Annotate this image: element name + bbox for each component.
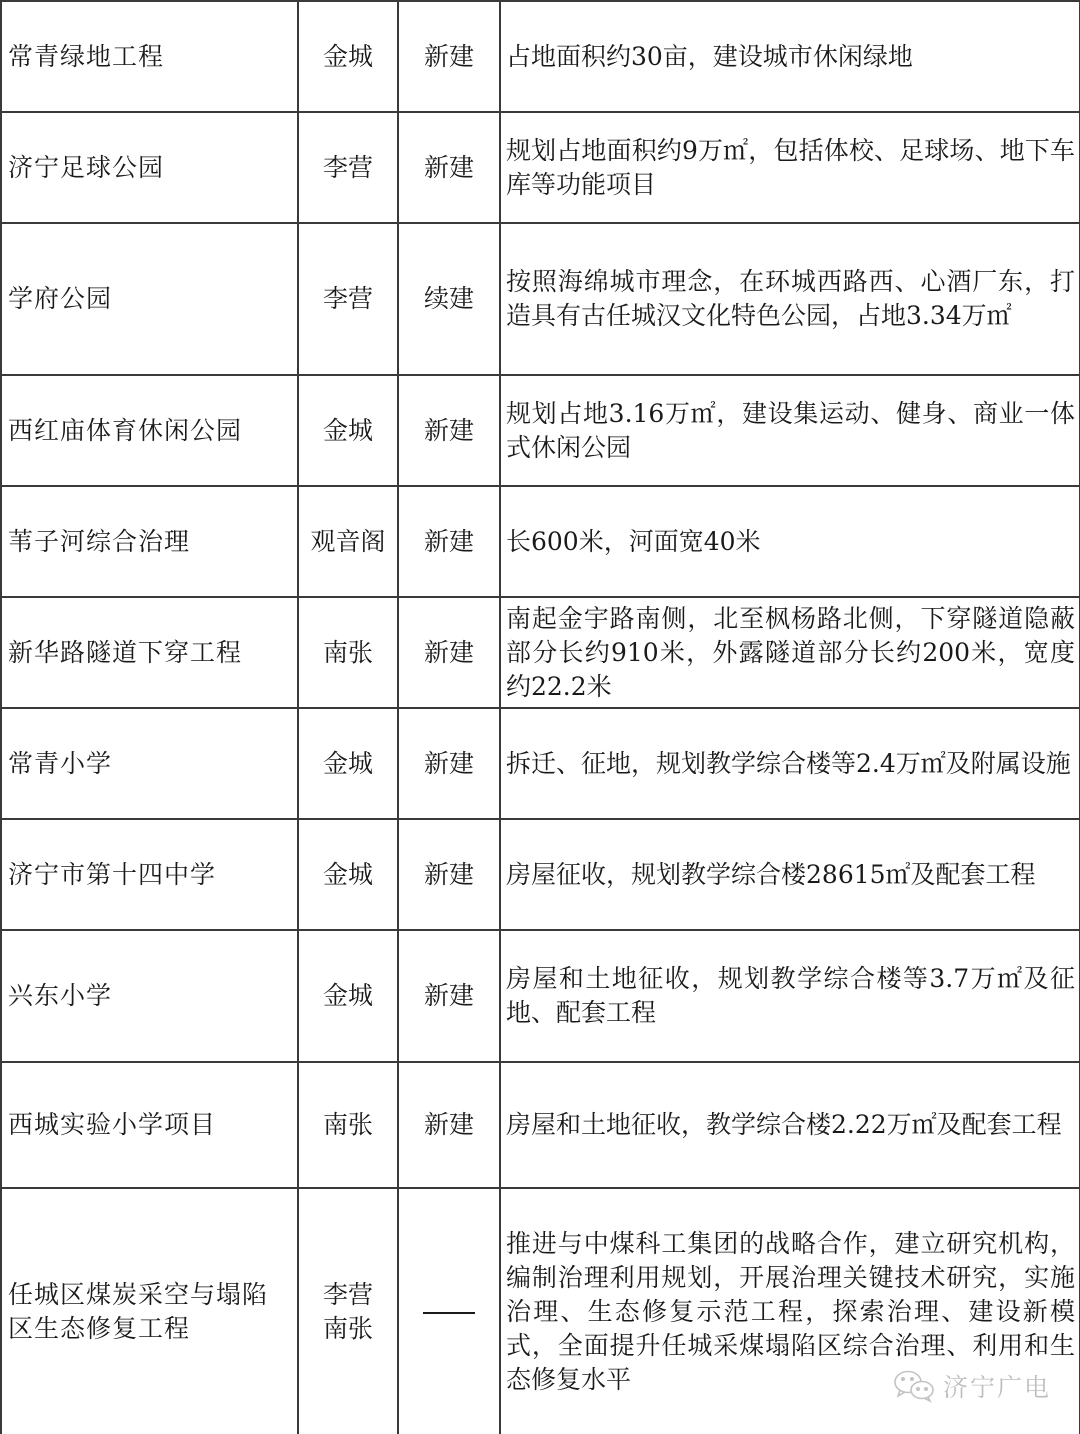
- district-list: 金城: [299, 747, 397, 781]
- dash-placeholder: [423, 1312, 475, 1314]
- district-list: 金城: [299, 858, 397, 892]
- project-name-cell: 任城区煤炭采空与塌陷区生态修复工程: [1, 1188, 298, 1434]
- description: 南起金宇路南侧，北至枫杨路北侧，下穿隧道隐蔽部分长约910米，外露隧道部分长约2…: [506, 604, 1075, 701]
- construction-type-cell: 新建: [398, 1062, 500, 1188]
- construction-type: 新建: [424, 1110, 474, 1139]
- construction-type-cell: 新建: [398, 375, 500, 486]
- description: 按照海绵城市理念，在环城西路西、心酒厂东，打造具有古任城汉文化特色公园，占地3.…: [506, 267, 1075, 330]
- description: 房屋和土地征收，规划教学综合楼等3.7万㎡及征地、配套工程: [506, 964, 1075, 1027]
- project-name: 任城区煤炭采空与塌陷区生态修复工程: [8, 1280, 268, 1343]
- construction-type-cell: 新建: [398, 708, 500, 819]
- district-list: 李营: [299, 151, 397, 185]
- district-list: 李营南张: [299, 1278, 397, 1346]
- district-cell: 李营: [298, 112, 398, 223]
- district-cell: 李营: [298, 223, 398, 375]
- table-row: 新华路隧道下穿工程 南张 新建 南起金宇路南侧，北至枫杨路北侧，下穿隧道隐蔽部分…: [1, 597, 1080, 708]
- district-cell: 金城: [298, 1, 398, 112]
- construction-type-cell: 新建: [398, 112, 500, 223]
- district-name: 金城: [299, 747, 397, 781]
- construction-type: 新建: [424, 749, 474, 778]
- construction-type: 新建: [424, 860, 474, 889]
- description: 房屋征收，规划教学综合楼28615㎡及配套工程: [506, 860, 1036, 889]
- district-name: 南张: [299, 636, 397, 670]
- description-cell: 占地面积约30亩，建设城市休闲绿地: [500, 1, 1080, 112]
- district-list: 金城: [299, 414, 397, 448]
- description: 长600米，河面宽40米: [506, 527, 761, 556]
- projects-table-body: 常青绿地工程 金城 新建 占地面积约30亩，建设城市休闲绿地 济宁足球公园 李营…: [1, 1, 1080, 1434]
- project-name-cell: 常青绿地工程: [1, 1, 298, 112]
- district-list: 南张: [299, 636, 397, 670]
- district-name: 李营: [299, 282, 397, 316]
- district-name: 南张: [299, 1312, 397, 1346]
- description-cell: 房屋征收，规划教学综合楼28615㎡及配套工程: [500, 819, 1080, 930]
- table-row: 学府公园 李营 续建 按照海绵城市理念，在环城西路西、心酒厂东，打造具有古任城汉…: [1, 223, 1080, 375]
- table-row: 常青绿地工程 金城 新建 占地面积约30亩，建设城市休闲绿地: [1, 1, 1080, 112]
- project-name: 新华路隧道下穿工程: [8, 638, 242, 667]
- description-cell: 房屋和土地征收，教学综合楼2.22万㎡及配套工程: [500, 1062, 1080, 1188]
- construction-type: 新建: [424, 527, 474, 556]
- project-name: 学府公园: [8, 284, 112, 313]
- description: 占地面积约30亩，建设城市休闲绿地: [506, 42, 913, 71]
- description: 规划占地3.16万㎡，建设集运动、健身、商业一体式休闲公园: [506, 399, 1075, 462]
- table-row: 济宁市第十四中学 金城 新建 房屋征收，规划教学综合楼28615㎡及配套工程: [1, 819, 1080, 930]
- construction-type-cell: 续建: [398, 223, 500, 375]
- construction-type: 新建: [424, 42, 474, 71]
- construction-type-cell: [398, 1188, 500, 1434]
- district-cell: 金城: [298, 930, 398, 1062]
- district-list: 金城: [299, 40, 397, 74]
- project-name: 济宁市第十四中学: [8, 860, 216, 889]
- project-name-cell: 西红庙体育休闲公园: [1, 375, 298, 486]
- district-cell: 金城: [298, 708, 398, 819]
- table-row: 兴东小学 金城 新建 房屋和土地征收，规划教学综合楼等3.7万㎡及征地、配套工程: [1, 930, 1080, 1062]
- description-cell: 按照海绵城市理念，在环城西路西、心酒厂东，打造具有古任城汉文化特色公园，占地3.…: [500, 223, 1080, 375]
- district-name: 李营: [299, 151, 397, 185]
- construction-type-cell: 新建: [398, 597, 500, 708]
- description-cell: 规划占地面积约9万㎡，包括体校、足球场、地下车库等功能项目: [500, 112, 1080, 223]
- project-name: 常青绿地工程: [8, 42, 164, 71]
- table-row: 苇子河综合治理 观音阁 新建 长600米，河面宽40米: [1, 486, 1080, 597]
- wechat-icon: [893, 1369, 937, 1403]
- construction-type-cell: 新建: [398, 930, 500, 1062]
- description: 规划占地面积约9万㎡，包括体校、足球场、地下车库等功能项目: [506, 136, 1075, 199]
- watermark-text: 济宁广电: [943, 1368, 1051, 1404]
- project-name-cell: 济宁市第十四中学: [1, 819, 298, 930]
- description-cell: 拆迁、征地，规划教学综合楼等2.4万㎡及附属设施: [500, 708, 1080, 819]
- description-cell: 长600米，河面宽40米: [500, 486, 1080, 597]
- district-list: 李营: [299, 282, 397, 316]
- description-cell: 房屋和土地征收，规划教学综合楼等3.7万㎡及征地、配套工程: [500, 930, 1080, 1062]
- table-row: 西红庙体育休闲公园 金城 新建 规划占地3.16万㎡，建设集运动、健身、商业一体…: [1, 375, 1080, 486]
- project-name: 苇子河综合治理: [8, 527, 190, 556]
- district-list: 南张: [299, 1108, 397, 1142]
- table-row: 济宁足球公园 李营 新建 规划占地面积约9万㎡，包括体校、足球场、地下车库等功能…: [1, 112, 1080, 223]
- project-name-cell: 新华路隧道下穿工程: [1, 597, 298, 708]
- district-cell: 观音阁: [298, 486, 398, 597]
- district-list: 观音阁: [299, 525, 397, 559]
- project-name-cell: 学府公园: [1, 223, 298, 375]
- district-name: 金城: [299, 858, 397, 892]
- district-name: 金城: [299, 979, 397, 1013]
- projects-table: 常青绿地工程 金城 新建 占地面积约30亩，建设城市休闲绿地 济宁足球公园 李营…: [0, 0, 1080, 1434]
- construction-type: 新建: [424, 638, 474, 667]
- construction-type-cell: 新建: [398, 486, 500, 597]
- project-name: 济宁足球公园: [8, 153, 164, 182]
- project-name: 兴东小学: [8, 981, 112, 1010]
- project-name-cell: 常青小学: [1, 708, 298, 819]
- project-name-cell: 苇子河综合治理: [1, 486, 298, 597]
- district-name: 观音阁: [299, 525, 397, 559]
- district-cell: 南张: [298, 1062, 398, 1188]
- district-cell: 金城: [298, 819, 398, 930]
- construction-type: 新建: [424, 416, 474, 445]
- construction-type-cell: 新建: [398, 1, 500, 112]
- project-name-cell: 西城实验小学项目: [1, 1062, 298, 1188]
- district-name: 李营: [299, 1278, 397, 1312]
- project-name-cell: 兴东小学: [1, 930, 298, 1062]
- construction-type-cell: 新建: [398, 819, 500, 930]
- project-name: 常青小学: [8, 749, 112, 778]
- district-list: 金城: [299, 979, 397, 1013]
- construction-type: 新建: [424, 153, 474, 182]
- table-row: 常青小学 金城 新建 拆迁、征地，规划教学综合楼等2.4万㎡及附属设施: [1, 708, 1080, 819]
- district-cell: 南张: [298, 597, 398, 708]
- district-name: 金城: [299, 414, 397, 448]
- project-name: 西城实验小学项目: [8, 1110, 216, 1139]
- description: 房屋和土地征收，教学综合楼2.22万㎡及配套工程: [506, 1110, 1062, 1139]
- description-cell: 南起金宇路南侧，北至枫杨路北侧，下穿隧道隐蔽部分长约910米，外露隧道部分长约2…: [500, 597, 1080, 708]
- project-name-cell: 济宁足球公园: [1, 112, 298, 223]
- district-name: 南张: [299, 1108, 397, 1142]
- district-cell: 金城: [298, 375, 398, 486]
- district-name: 金城: [299, 40, 397, 74]
- construction-type: 续建: [424, 284, 474, 313]
- description: 拆迁、征地，规划教学综合楼等2.4万㎡及附属设施: [506, 749, 1071, 778]
- district-cell: 李营南张: [298, 1188, 398, 1434]
- description-cell: 规划占地3.16万㎡，建设集运动、健身、商业一体式休闲公园: [500, 375, 1080, 486]
- watermark: 济宁广电: [893, 1368, 1051, 1404]
- table-row: 西城实验小学项目 南张 新建 房屋和土地征收，教学综合楼2.22万㎡及配套工程: [1, 1062, 1080, 1188]
- construction-type: 新建: [424, 981, 474, 1010]
- project-name: 西红庙体育休闲公园: [8, 416, 242, 445]
